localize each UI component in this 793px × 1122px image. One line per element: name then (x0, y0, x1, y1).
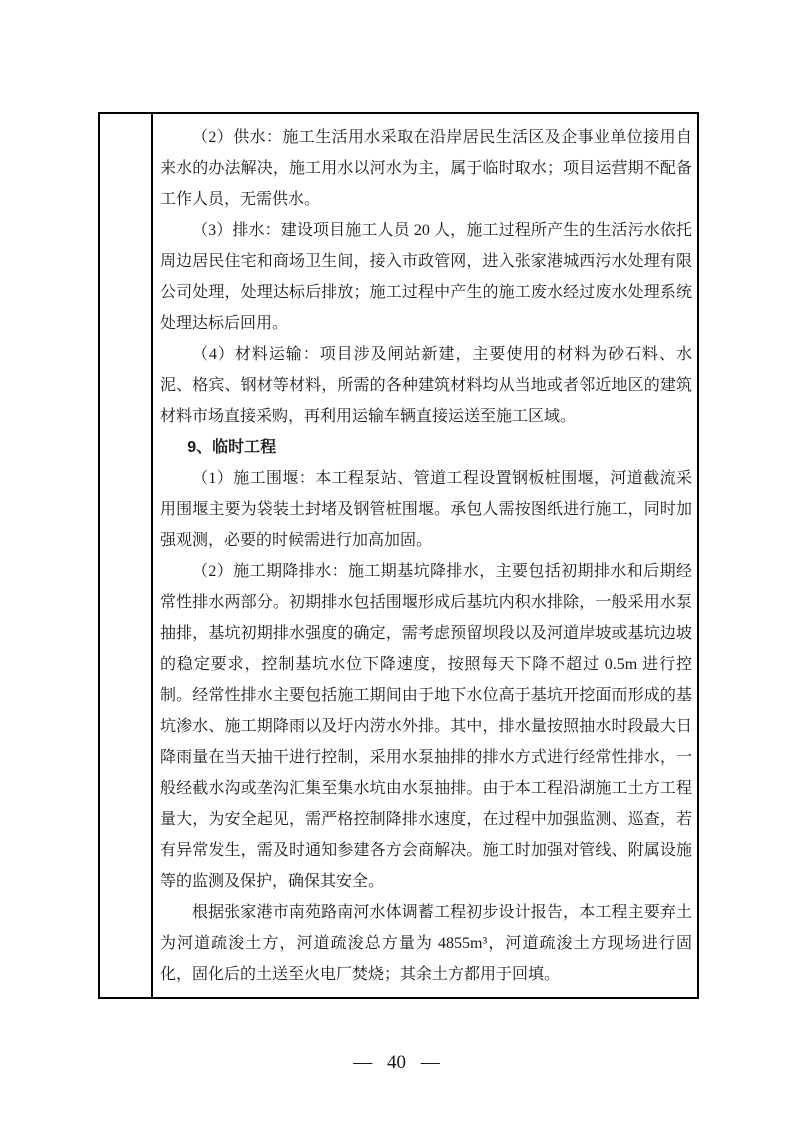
page-number: — 40 — (353, 1052, 440, 1073)
table-left-cell (100, 114, 153, 997)
page-footer: — 40 — (0, 1050, 793, 1076)
paragraph-drainage: （3）排水：建设项目施工人员 20 人，施工过程所产生的生活污水依托周边居民住宅… (160, 215, 692, 339)
paragraph-material-transport: （4）材料运输：项目涉及闸站新建，主要使用的材料为砂石料、水泥、格宾、钢材等材料… (160, 339, 692, 432)
section-heading-temporary-works: 9、临时工程 (160, 432, 692, 463)
paragraph-construction-cofferdam: （1）施工围堰：本工程泵站、管道工程设置钢板桩围堰，河道截流采用围堰主要为袋装土… (160, 463, 692, 556)
document-page: （2）供水：施工生活用水采取在沿岸居民生活区及企事业单位接用自来水的办法解决，施… (0, 0, 793, 1122)
paragraph-spoil-disposal: 根据张家港市南苑路南河水体调蓄工程初步设计报告，本工程主要弃土为河道疏浚土方，河… (160, 897, 692, 990)
table-main-cell: （2）供水：施工生活用水采取在沿岸居民生活区及企事业单位接用自来水的办法解决，施… (153, 114, 697, 997)
paragraph-water-supply: （2）供水：施工生活用水采取在沿岸居民生活区及企事业单位接用自来水的办法解决，施… (160, 122, 692, 215)
content-table: （2）供水：施工生活用水采取在沿岸居民生活区及企事业单位接用自来水的办法解决，施… (98, 112, 699, 999)
paragraph-construction-dewatering: （2）施工期降排水：施工期基坑降排水，主要包括初期排水和后期经常性排水两部分。初… (160, 556, 692, 897)
